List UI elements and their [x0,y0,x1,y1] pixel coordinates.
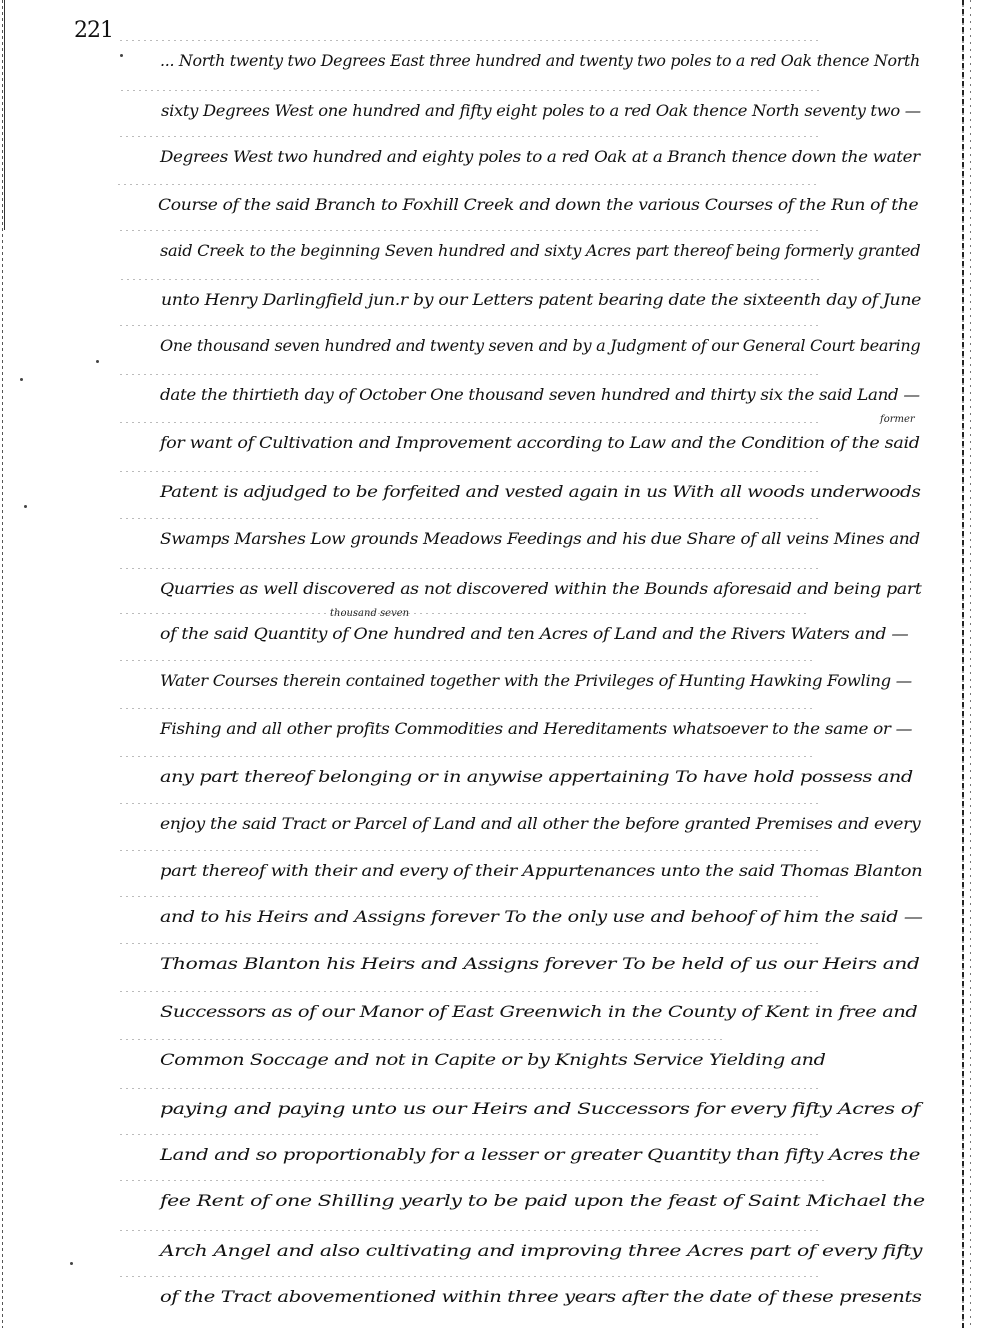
bleed-through-trace [120,850,822,851]
manuscript-line: paying and paying unto us our Heirs and … [160,1100,920,1118]
bleed-through-trace [120,422,820,423]
manuscript-line: date the thirtieth day of October One th… [160,386,920,404]
scan-speck [96,360,99,363]
bleed-through-trace [120,1039,725,1040]
scan-right-edge [962,0,964,1328]
bleed-through-trace [120,1088,820,1089]
manuscript-line: for want of Cultivation and Improvement … [160,434,920,452]
manuscript-line: Course of the said Branch to Foxhill Cre… [158,196,918,214]
bleed-through-trace [120,40,820,41]
bleed-through-trace [120,518,820,519]
bleed-through-trace [120,230,820,231]
scan-right-edge-shadow [970,0,971,1328]
bleed-through-trace [120,374,820,375]
bleed-through-trace [120,803,820,804]
bleed-through-trace [120,896,822,897]
interlineation: thousand seven [330,608,409,619]
bleed-through-trace [120,708,812,709]
manuscript-line: enjoy the said Tract or Parcel of Land a… [160,815,920,833]
manuscript-line: any part thereof belonging or in anywise… [160,768,913,786]
manuscript-line: Swamps Marshes Low grounds Meadows Feedi… [160,530,920,548]
manuscript-line: Arch Angel and also cultivating and impr… [160,1242,922,1260]
manuscript-line: Common Soccage and not in Capite or by K… [160,1051,826,1069]
scan-speck [24,505,27,508]
bleed-through-trace [120,568,822,569]
manuscript-line: Fishing and all other profits Commoditie… [160,720,912,738]
manuscript-line: Quarries as well discovered as not disco… [160,580,921,598]
bleed-through-trace [120,943,820,944]
interlineation: former [880,414,915,425]
manuscript-line: part thereof with their and every of the… [160,862,922,880]
manuscript-line: Thomas Blanton his Heirs and Assigns for… [160,955,919,973]
bleed-through-trace [121,279,821,280]
manuscript-line: fee Rent of one Shilling yearly to be pa… [160,1192,925,1210]
bleed-through-trace [120,613,808,614]
bleed-through-trace [120,471,820,472]
bleed-through-trace [120,136,820,137]
page-number: 221 [74,18,113,43]
bleed-through-trace [120,756,813,757]
bleed-through-trace [120,325,820,326]
manuscript-line: of the said Quantity of One hundred and … [160,625,908,643]
scan-speck [120,54,123,57]
scan-speck [20,378,23,381]
manuscript-line: sixty Degrees West one hundred and fifty… [161,102,921,120]
manuscript-line: said Creek to the beginning Seven hundre… [160,242,920,260]
manuscript-line: Degrees West two hundred and eighty pole… [160,148,920,166]
scan-left-edge [2,0,3,1328]
bleed-through-trace [120,1276,822,1277]
manuscript-line: Water Courses therein contained together… [160,672,912,690]
manuscript-line: Patent is adjudged to be forfeited and v… [160,483,921,501]
bleed-through-trace [121,90,821,91]
manuscript-line: and to his Heirs and Assigns forever To … [160,908,922,926]
manuscript-line: of the Tract abovementioned within three… [160,1288,922,1306]
bleed-through-trace [120,991,818,992]
manuscript-line: Successors as of our Manor of East Green… [160,1003,917,1021]
document-page: 221 ... North twenty two Degrees East th… [0,0,1005,1328]
manuscript-line: unto Henry Darlingfield jun.r by our Let… [161,291,921,309]
manuscript-line: ... North twenty two Degrees East three … [160,52,920,70]
bleed-through-trace [120,1180,825,1181]
scan-speck [70,1262,73,1265]
manuscript-line: Land and so proportionably for a lesser … [160,1146,920,1164]
bleed-through-trace [120,1134,820,1135]
bleed-through-trace [120,1230,822,1231]
scan-left-edge-mark [4,0,5,230]
bleed-through-trace [118,184,818,185]
manuscript-line: One thousand seven hundred and twenty se… [160,337,920,355]
bleed-through-trace [120,660,812,661]
